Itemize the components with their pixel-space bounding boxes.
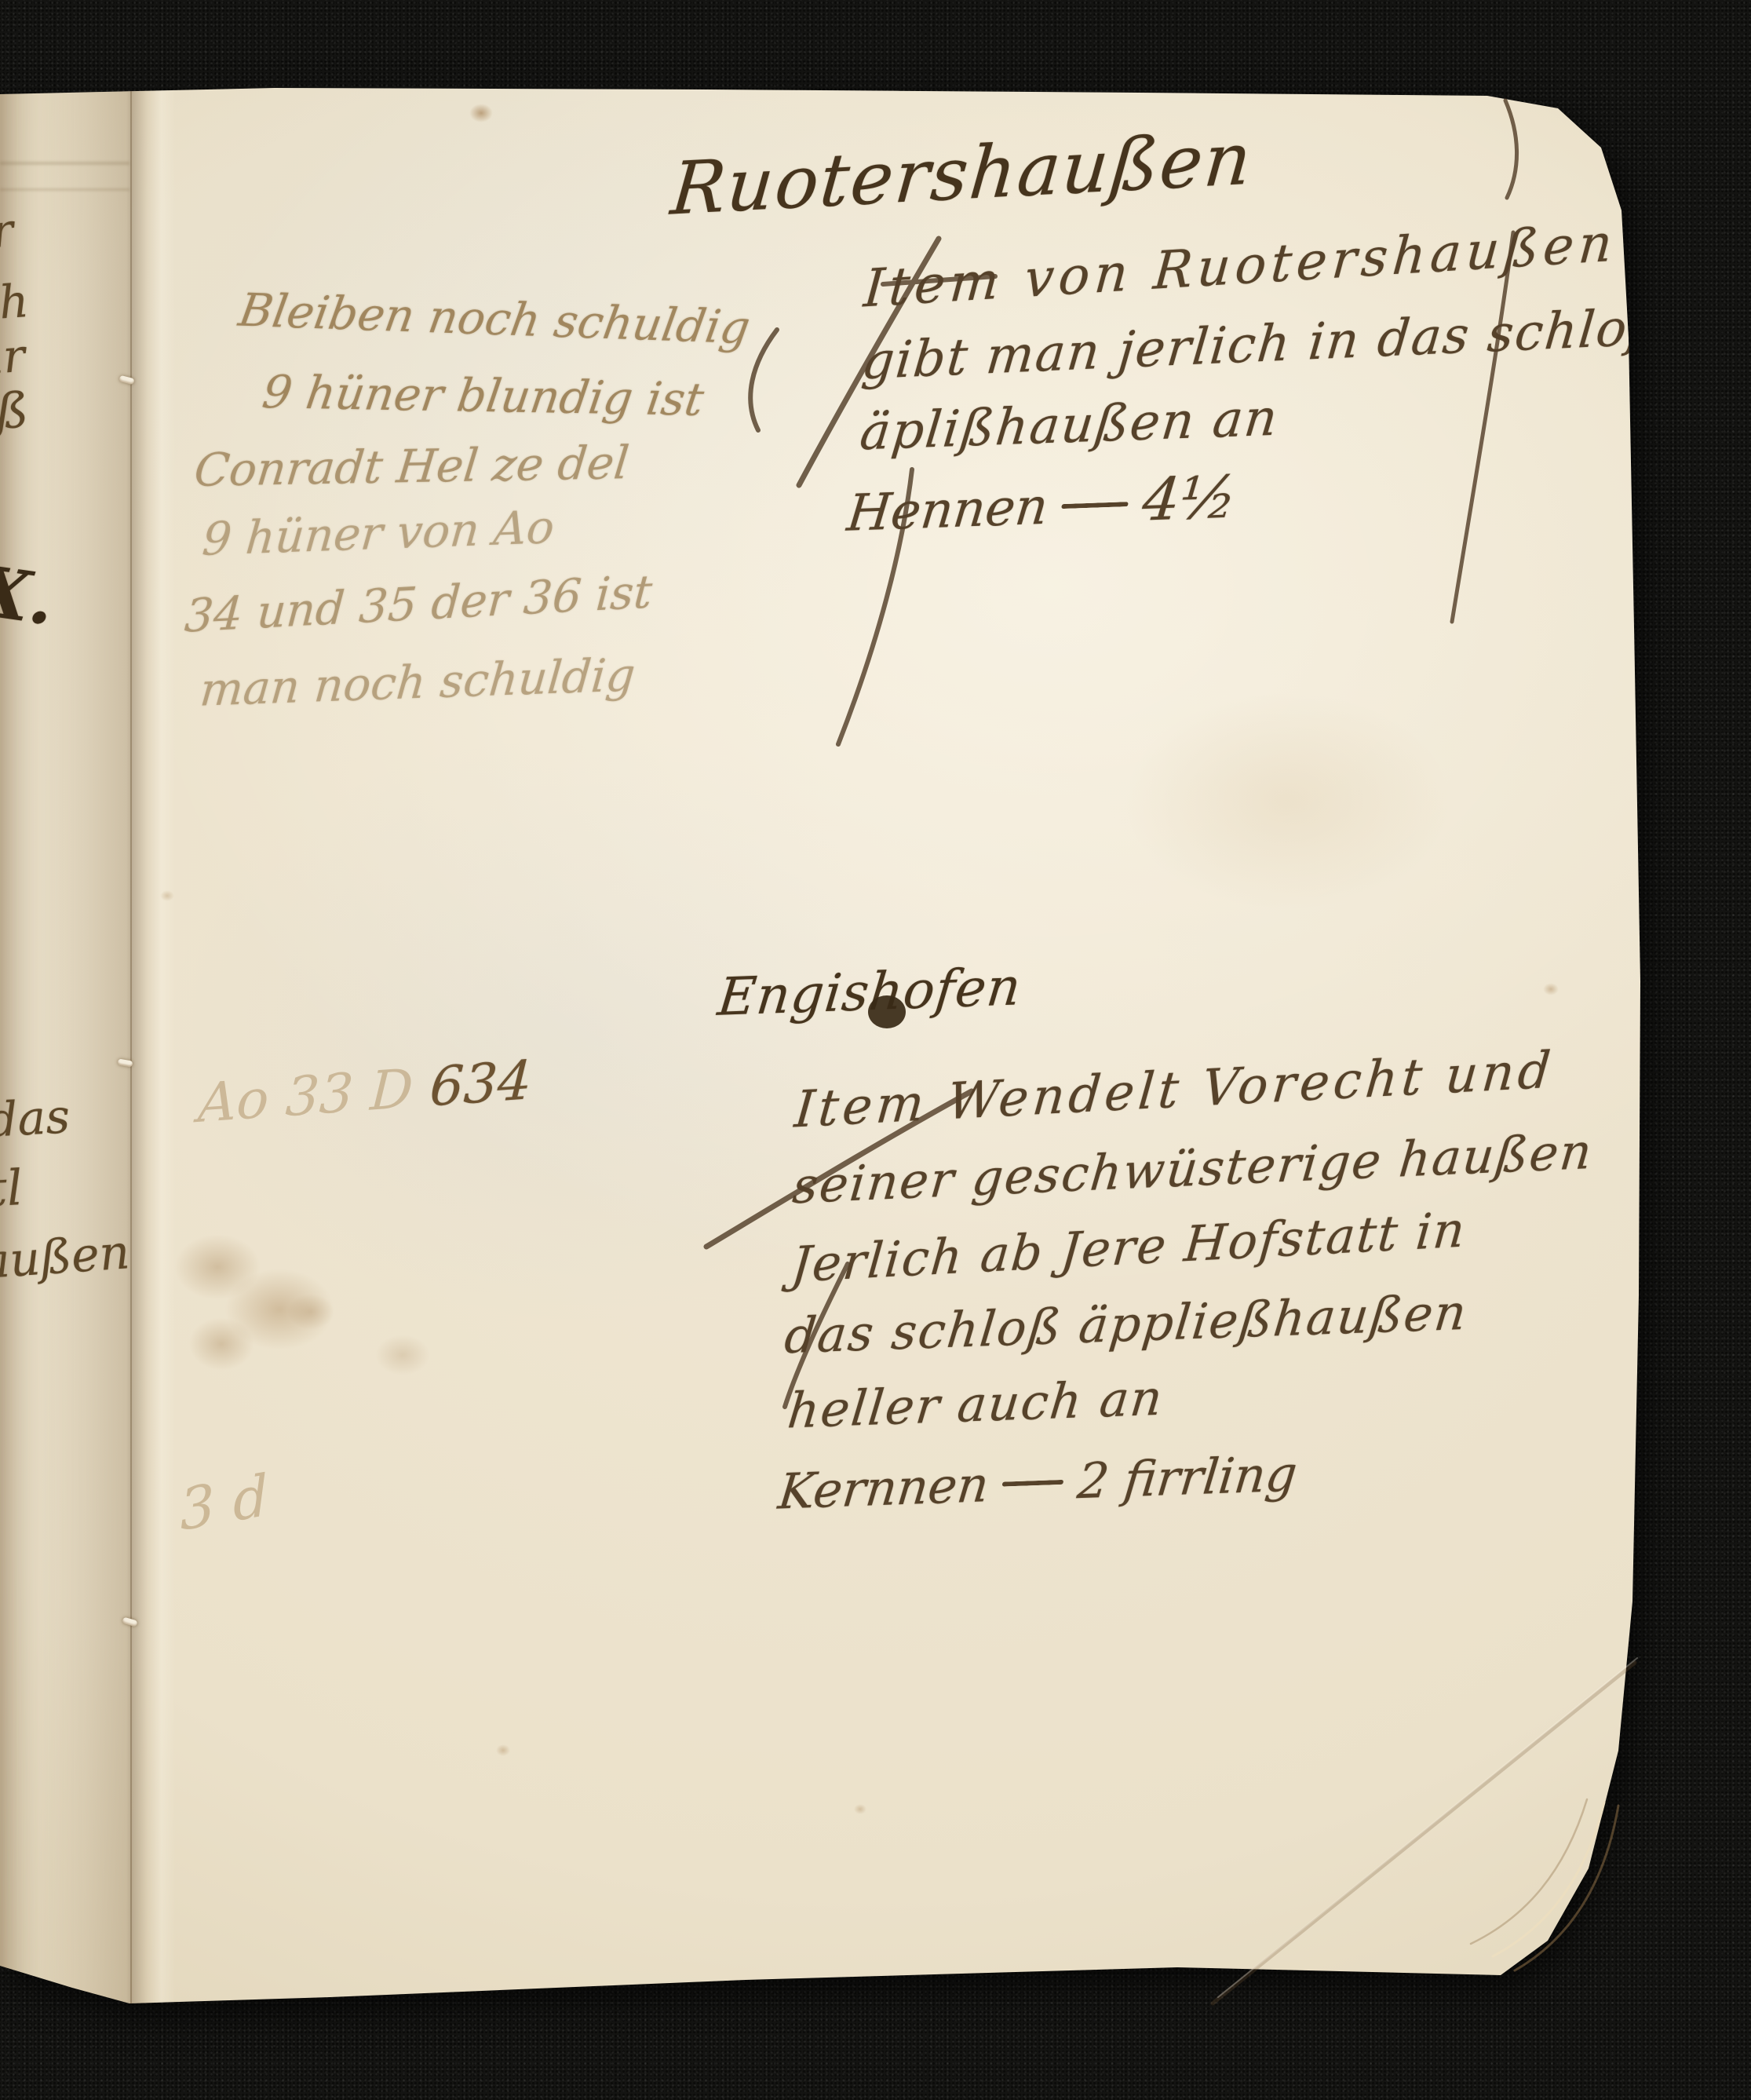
amount-label: Hennen xyxy=(844,478,1051,543)
stain xyxy=(160,890,174,901)
stain xyxy=(375,1335,430,1375)
stain xyxy=(469,104,493,122)
fold-crease xyxy=(0,188,130,191)
section-heading: Engishofen xyxy=(715,956,1024,1028)
stain xyxy=(1122,691,1452,911)
prev-page-text-fragment: ueß xyxy=(0,382,29,442)
stain xyxy=(188,1317,254,1371)
stain xyxy=(496,1744,510,1756)
amount-label: Kernnen xyxy=(775,1455,991,1521)
stain xyxy=(854,1804,866,1814)
stain xyxy=(1339,55,1356,69)
marginal-note-line: Conradt Hel ze del xyxy=(192,436,631,497)
prev-page-text-fragment: stl xyxy=(0,1159,24,1219)
amount-dash xyxy=(1002,1480,1064,1487)
amount-line: Hennen4½ xyxy=(844,462,1240,545)
amount-value: 2 firrling xyxy=(1075,1444,1300,1510)
prev-page-text-fragment: das xyxy=(0,1089,71,1148)
stain xyxy=(287,1294,334,1330)
prev-page-text-fragment: ich xyxy=(0,274,31,332)
marginal-note-line: 9 hüner blundig ist xyxy=(259,365,707,426)
amount-dash xyxy=(1061,502,1129,509)
binding-fold-crease xyxy=(130,86,181,2007)
fold-crease xyxy=(0,162,130,165)
year-note-dark: 634 xyxy=(429,1050,534,1119)
photo-black-background: ur ich zur ueß X. das stl haußen Ruoters… xyxy=(0,0,1751,2100)
amount-value: 4½ xyxy=(1140,462,1240,535)
paper-sheet: ur ich zur ueß X. das stl haußen Ruoters… xyxy=(0,0,1751,2100)
manuscript-page: ur ich zur ueß X. das stl haußen Ruoters… xyxy=(0,0,1751,2100)
stain xyxy=(1543,983,1559,995)
prev-page-text-fragment: zur xyxy=(0,329,27,388)
